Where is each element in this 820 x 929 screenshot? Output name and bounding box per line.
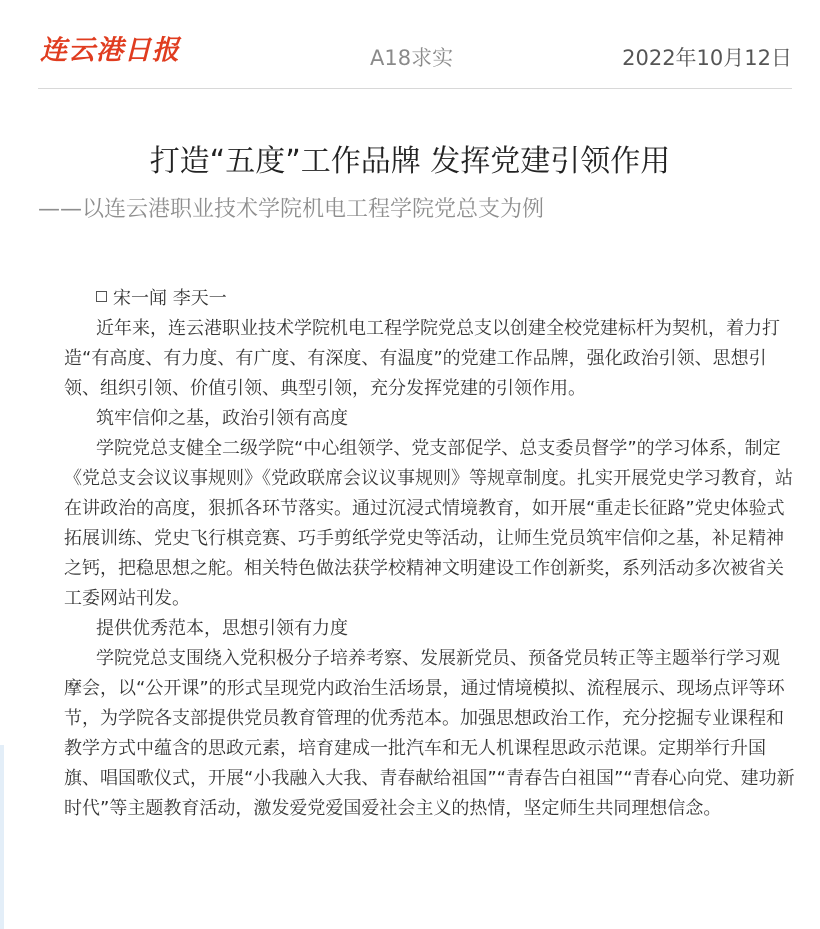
byline-authors: 宋一闻 李天一 [113, 288, 227, 309]
article-subheadline: ——以连云港职业技术学院机电工程学院党总支为例 [38, 192, 544, 223]
left-edge-strip [0, 745, 4, 929]
page-section: A18求实 [370, 42, 453, 72]
masthead: 连云港日报 A18求实 2022年10月12日 [38, 22, 792, 89]
newspaper-logo: 连云港日报 [40, 28, 180, 67]
byline: 宋一闻 李天一 [64, 284, 796, 314]
paragraph-intro: 近年来，连云港职业技术学院机电工程学院党总支以创建全校党建标杆为契机，着力打造“… [64, 314, 796, 404]
paragraph-section-1: 学院党总支健全二级学院“中心组领学、党支部促学、总支委员督学”的学习体系，制定《… [64, 434, 796, 614]
byline-box-icon [96, 291, 107, 302]
publish-date: 2022年10月12日 [622, 42, 792, 72]
section-heading-2: 提供优秀范本，思想引领有力度 [64, 614, 796, 644]
article-body: 宋一闻 李天一 近年来，连云港职业技术学院机电工程学院党总支以创建全校党建标杆为… [64, 284, 796, 824]
article-headline: 打造“五度”工作品牌 发挥党建引领作用 [0, 136, 820, 180]
section-heading-1: 筑牢信仰之基，政治引领有高度 [64, 404, 796, 434]
paragraph-section-2: 学院党总支围绕入党积极分子培养考察、发展新党员、预备党员转正等主题举行学习观摩会… [64, 644, 796, 824]
